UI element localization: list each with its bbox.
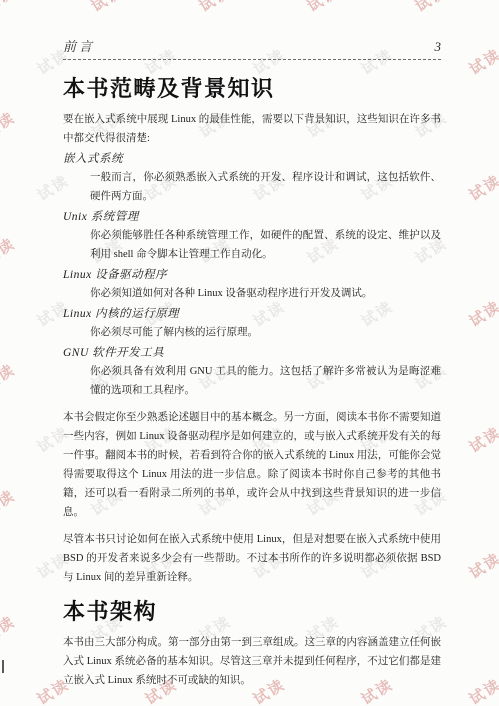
watermark: 试读 xyxy=(465,674,499,706)
watermark: 试读 xyxy=(465,296,499,332)
def-linux-drivers: 你必须知道如何对各种 Linux 设备驱动程序进行开发及调试。 xyxy=(90,284,441,303)
page-number: 3 xyxy=(435,39,442,55)
term-unix-admin: Unix 系统管理 xyxy=(63,210,441,225)
watermark: 试读 xyxy=(465,548,499,584)
watermark: 试读 xyxy=(0,233,19,269)
page-header: 前言 3 xyxy=(63,36,441,60)
intro-paragraph: 要在嵌入式系统中展现 Linux 的最佳性能，需要以下背景知识，这些知识在许多书… xyxy=(63,110,441,148)
scope-paragraph: 本书会假定你至少熟悉论述题目中的基本概念。另一方面，阅读本书你不需要知道一些内容… xyxy=(63,408,441,522)
watermark: 试读 xyxy=(465,44,499,80)
section-title-background: 本书范畴及背景知识 xyxy=(63,76,441,102)
term-gnu-tools: GNU 软件开发工具 xyxy=(63,346,441,361)
watermark: 试读 xyxy=(411,0,451,16)
watermark: 试读 xyxy=(195,0,235,16)
watermark: 试读 xyxy=(0,485,19,521)
watermark: 试读 xyxy=(0,0,19,16)
structure-paragraph: 本书由三大部分构成。第一部分由第一到三章组成。这三章的内容涵盖建立任何嵌入式 L… xyxy=(63,633,441,690)
term-kernel-internals: Linux 内核的运行原理 xyxy=(63,307,441,322)
term-embedded-systems: 嵌入式系统 xyxy=(63,152,441,167)
watermark: 试读 xyxy=(0,611,19,647)
watermark: 试读 xyxy=(303,0,343,16)
watermark: 试读 xyxy=(0,107,19,143)
watermark: 试读 xyxy=(0,359,19,395)
watermark: 试读 xyxy=(465,170,499,206)
def-unix-admin: 你必须能够胜任各种系统管理工作，如硬件的配置、系统的设定、维护以及利用 shel… xyxy=(90,226,441,264)
running-title: 前言 xyxy=(63,36,95,55)
term-linux-drivers: Linux 设备驱动程序 xyxy=(63,268,441,283)
def-gnu-tools: 你必须具备有效利用 GNU 工具的能力。这包括了解许多常被认为是晦涩难懂的选项和… xyxy=(90,362,441,400)
bsd-paragraph: 尽管本书只讨论如何在嵌入式系统中使用 Linux，但是对想要在嵌入式系统中使用 … xyxy=(63,530,441,587)
watermark: 试读 xyxy=(465,422,499,458)
document-page: 前言 3 本书范畴及背景知识 要在嵌入式系统中展现 Linux 的最佳性能，需要… xyxy=(63,36,441,690)
scan-artifact xyxy=(2,660,4,673)
section-title-structure: 本书架构 xyxy=(63,599,441,625)
def-embedded-systems: 一般而言，你必须熟悉嵌入式系统的开发、程序设计和调试，这包括软件、硬件两方面。 xyxy=(90,168,441,206)
def-kernel-internals: 你必须尽可能了解内核的运行原理。 xyxy=(90,323,441,342)
term-list: 嵌入式系统 一般而言，你必须熟悉嵌入式系统的开发、程序设计和调试，这包括软件、硬… xyxy=(63,152,441,400)
watermark: 试读 xyxy=(87,0,127,16)
